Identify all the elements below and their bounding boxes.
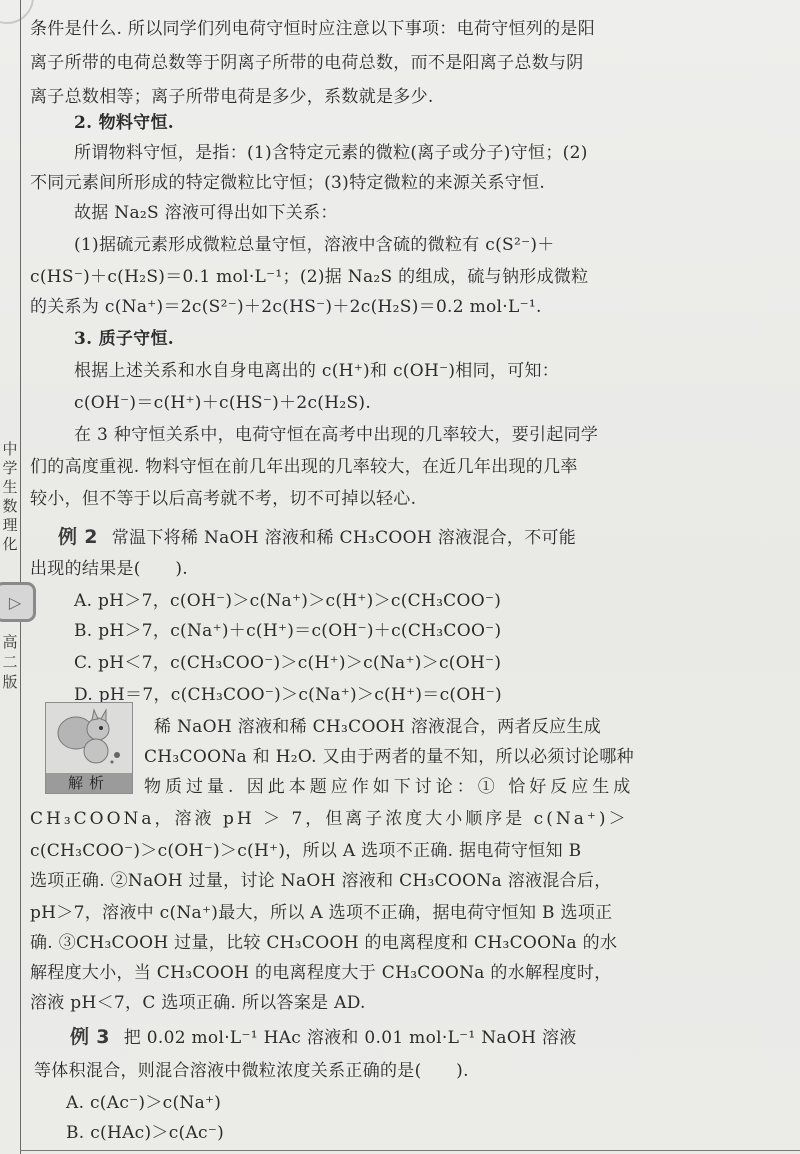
side-tab-char: 数 <box>2 497 17 516</box>
paragraph-line: c(OH⁻)＝c(H⁺)＋c(HS⁻)＋2c(H₂S). <box>74 388 371 413</box>
example-2-option-b: B. pH＞7，c(Na⁺)＋c(H⁺)＝c(OH⁻)＋c(CH₃COO⁻) <box>74 616 501 641</box>
paragraph-line: 在 3 种守恒关系中，电荷守恒在高考中出现的几率较大，要引起同学 <box>74 420 598 445</box>
squirrel-icon <box>46 703 132 773</box>
analysis-line: 选项正确. ②NaOH 过量，讨论 NaOH 溶液和 CH₃COONa 溶液混合… <box>30 866 612 891</box>
side-tab-char: 化 <box>2 535 17 554</box>
analysis-line: CH₃COONa 和 H₂O. 又由于两者的量不知，所以必须讨论哪种 <box>144 742 634 767</box>
paragraph-line: 不同元素间所形成的特定微粒比守恒；(3)特定微粒的来源关系守恒. <box>30 168 545 193</box>
side-tab-char: 理 <box>2 516 17 535</box>
side-tab-char: 生 <box>2 478 17 497</box>
example-3-option-b: B. c(HAc)＞c(Ac⁻) <box>66 1118 224 1143</box>
analysis-line: 溶液 pH＜7，C 选项正确. 所以答案是 AD. <box>30 988 366 1013</box>
left-margin-rule <box>20 0 21 1154</box>
right-arrow-icon: ▷ <box>0 582 36 622</box>
paragraph-line: 离子所带的电荷总数等于阴离子所带的电荷总数，而不是阳离子总数与阴 <box>30 48 584 73</box>
example-2-option-c: C. pH＜7，c(CH₃COO⁻)＞c(H⁺)＞c(Na⁺)＞c(OH⁻) <box>74 648 501 673</box>
side-tab-char: 学 <box>2 459 17 478</box>
example-2-question-line: 例 2常温下将稀 NaOH 溶液和稀 CH₃COOH 溶液混合，不可能 <box>58 522 576 549</box>
side-tab-journal-title: 中 学 生 数 理 化 <box>0 440 20 554</box>
analysis-line: pH＞7，溶液中 c(Na⁺)最大，所以 A 选项不正确，据电荷守恒知 B 选项… <box>30 898 612 923</box>
page-corner-decoration <box>0 0 34 24</box>
textbook-page: 中 学 生 数 理 化 ▷ 高 二 版 条件是什么. 所以同学们列电荷守恒时应注… <box>0 0 800 1154</box>
side-tab-char: 二 <box>0 652 20 672</box>
paragraph-line: 的关系为 c(Na⁺)＝2c(S²⁻)＋2c(HS⁻)＋2c(H₂S)＝0.2 … <box>30 292 542 317</box>
example-3-option-a: A. c(Ac⁻)＞c(Na⁺) <box>66 1088 221 1113</box>
paragraph-line: 所谓物料守恒，是指：(1)含特定元素的微粒(离子或分子)守恒；(2) <box>74 138 588 163</box>
example-2-label: 例 2 <box>58 526 98 548</box>
example-2-question-text: 常温下将稀 NaOH 溶液和稀 CH₃COOH 溶液混合，不可能 <box>112 528 576 548</box>
analysis-line: 确. ③CH₃COOH 过量，比较 CH₃COOH 的电离程度和 CH₃COON… <box>30 928 617 953</box>
bottom-rule <box>20 1150 800 1151</box>
paragraph-line: 们的高度重视. 物料守恒在前几年出现的几率较大，在近几年出现的几率 <box>30 452 578 477</box>
example-2-question-line: 出现的结果是( ). <box>30 554 188 579</box>
example-3-label: 例 3 <box>70 1026 110 1048</box>
analysis-line: CH₃COONa，溶液 pH ＞ 7，但离子浓度大小顺序是 c(Na⁺)＞ <box>30 804 628 829</box>
paragraph-line: 离子总数相等；离子所带电荷是多少，系数就是多少. <box>30 82 434 107</box>
side-tab-char: 中 <box>2 440 17 459</box>
example-2-option-a: A. pH＞7，c(OH⁻)＞c(Na⁺)＞c(H⁺)＞c(CH₃COO⁻) <box>74 586 501 611</box>
example-3-question-line: 例 3把 0.02 mol·L⁻¹ HAc 溶液和 0.01 mol·L⁻¹ N… <box>70 1022 577 1049</box>
analysis-line: 稀 NaOH 溶液和稀 CH₃COOH 溶液混合，两者反应生成 <box>154 712 601 737</box>
example-2-option-d: D. pH＝7，c(CH₃COO⁻)＞c(Na⁺)＞c(H⁺)＝c(OH⁻) <box>74 680 502 705</box>
example-3-question-text: 把 0.02 mol·L⁻¹ HAc 溶液和 0.01 mol·L⁻¹ NaOH… <box>124 1028 577 1048</box>
paragraph-line: 条件是什么. 所以同学们列电荷守恒时应注意以下事项：电荷守恒列的是阳 <box>30 14 595 39</box>
analysis-line: 物质过量. 因此本题应作如下讨论：① 恰好反应生成 <box>144 772 634 797</box>
analysis-line: c(CH₃COO⁻)＞c(OH⁻)＞c(H⁺)，所以 A 选项不正确. 据电荷守… <box>30 836 581 861</box>
side-tab-edition: 高 二 版 <box>0 632 20 692</box>
paragraph-line: 故据 Na₂S 溶液可得出如下关系： <box>74 198 338 223</box>
paragraph-line: c(HS⁻)＋c(H₂S)＝0.1 mol·L⁻¹；(2)据 Na₂S 的组成，… <box>30 262 588 287</box>
paragraph-line: 根据上述关系和水自身电离出的 c(H⁺)和 c(OH⁻)相同，可知： <box>74 356 559 381</box>
paragraph-line: (1)据硫元素形成微粒总量守恒，溶液中含硫的微粒有 c(S²⁻)＋ <box>74 230 555 255</box>
example-3-question-line: 等体积混合，则混合溶液中微粒浓度关系正确的是( ). <box>34 1056 469 1081</box>
paragraph-line: 较小，但不等于以后高考就不考，切不可掉以轻心. <box>30 484 416 509</box>
section-heading: 2. 物料守恒. <box>74 108 174 133</box>
analysis-badge: 解析 <box>45 702 133 794</box>
analysis-line: 解程度大小，当 CH₃COOH 的电离程度大于 CH₃COONa 的水解程度时， <box>30 958 612 983</box>
analysis-badge-label: 解析 <box>46 773 132 793</box>
side-tab-char: 高 <box>0 632 20 652</box>
side-tab-char: 版 <box>0 672 20 692</box>
section-heading: 3. 质子守恒. <box>74 324 174 349</box>
